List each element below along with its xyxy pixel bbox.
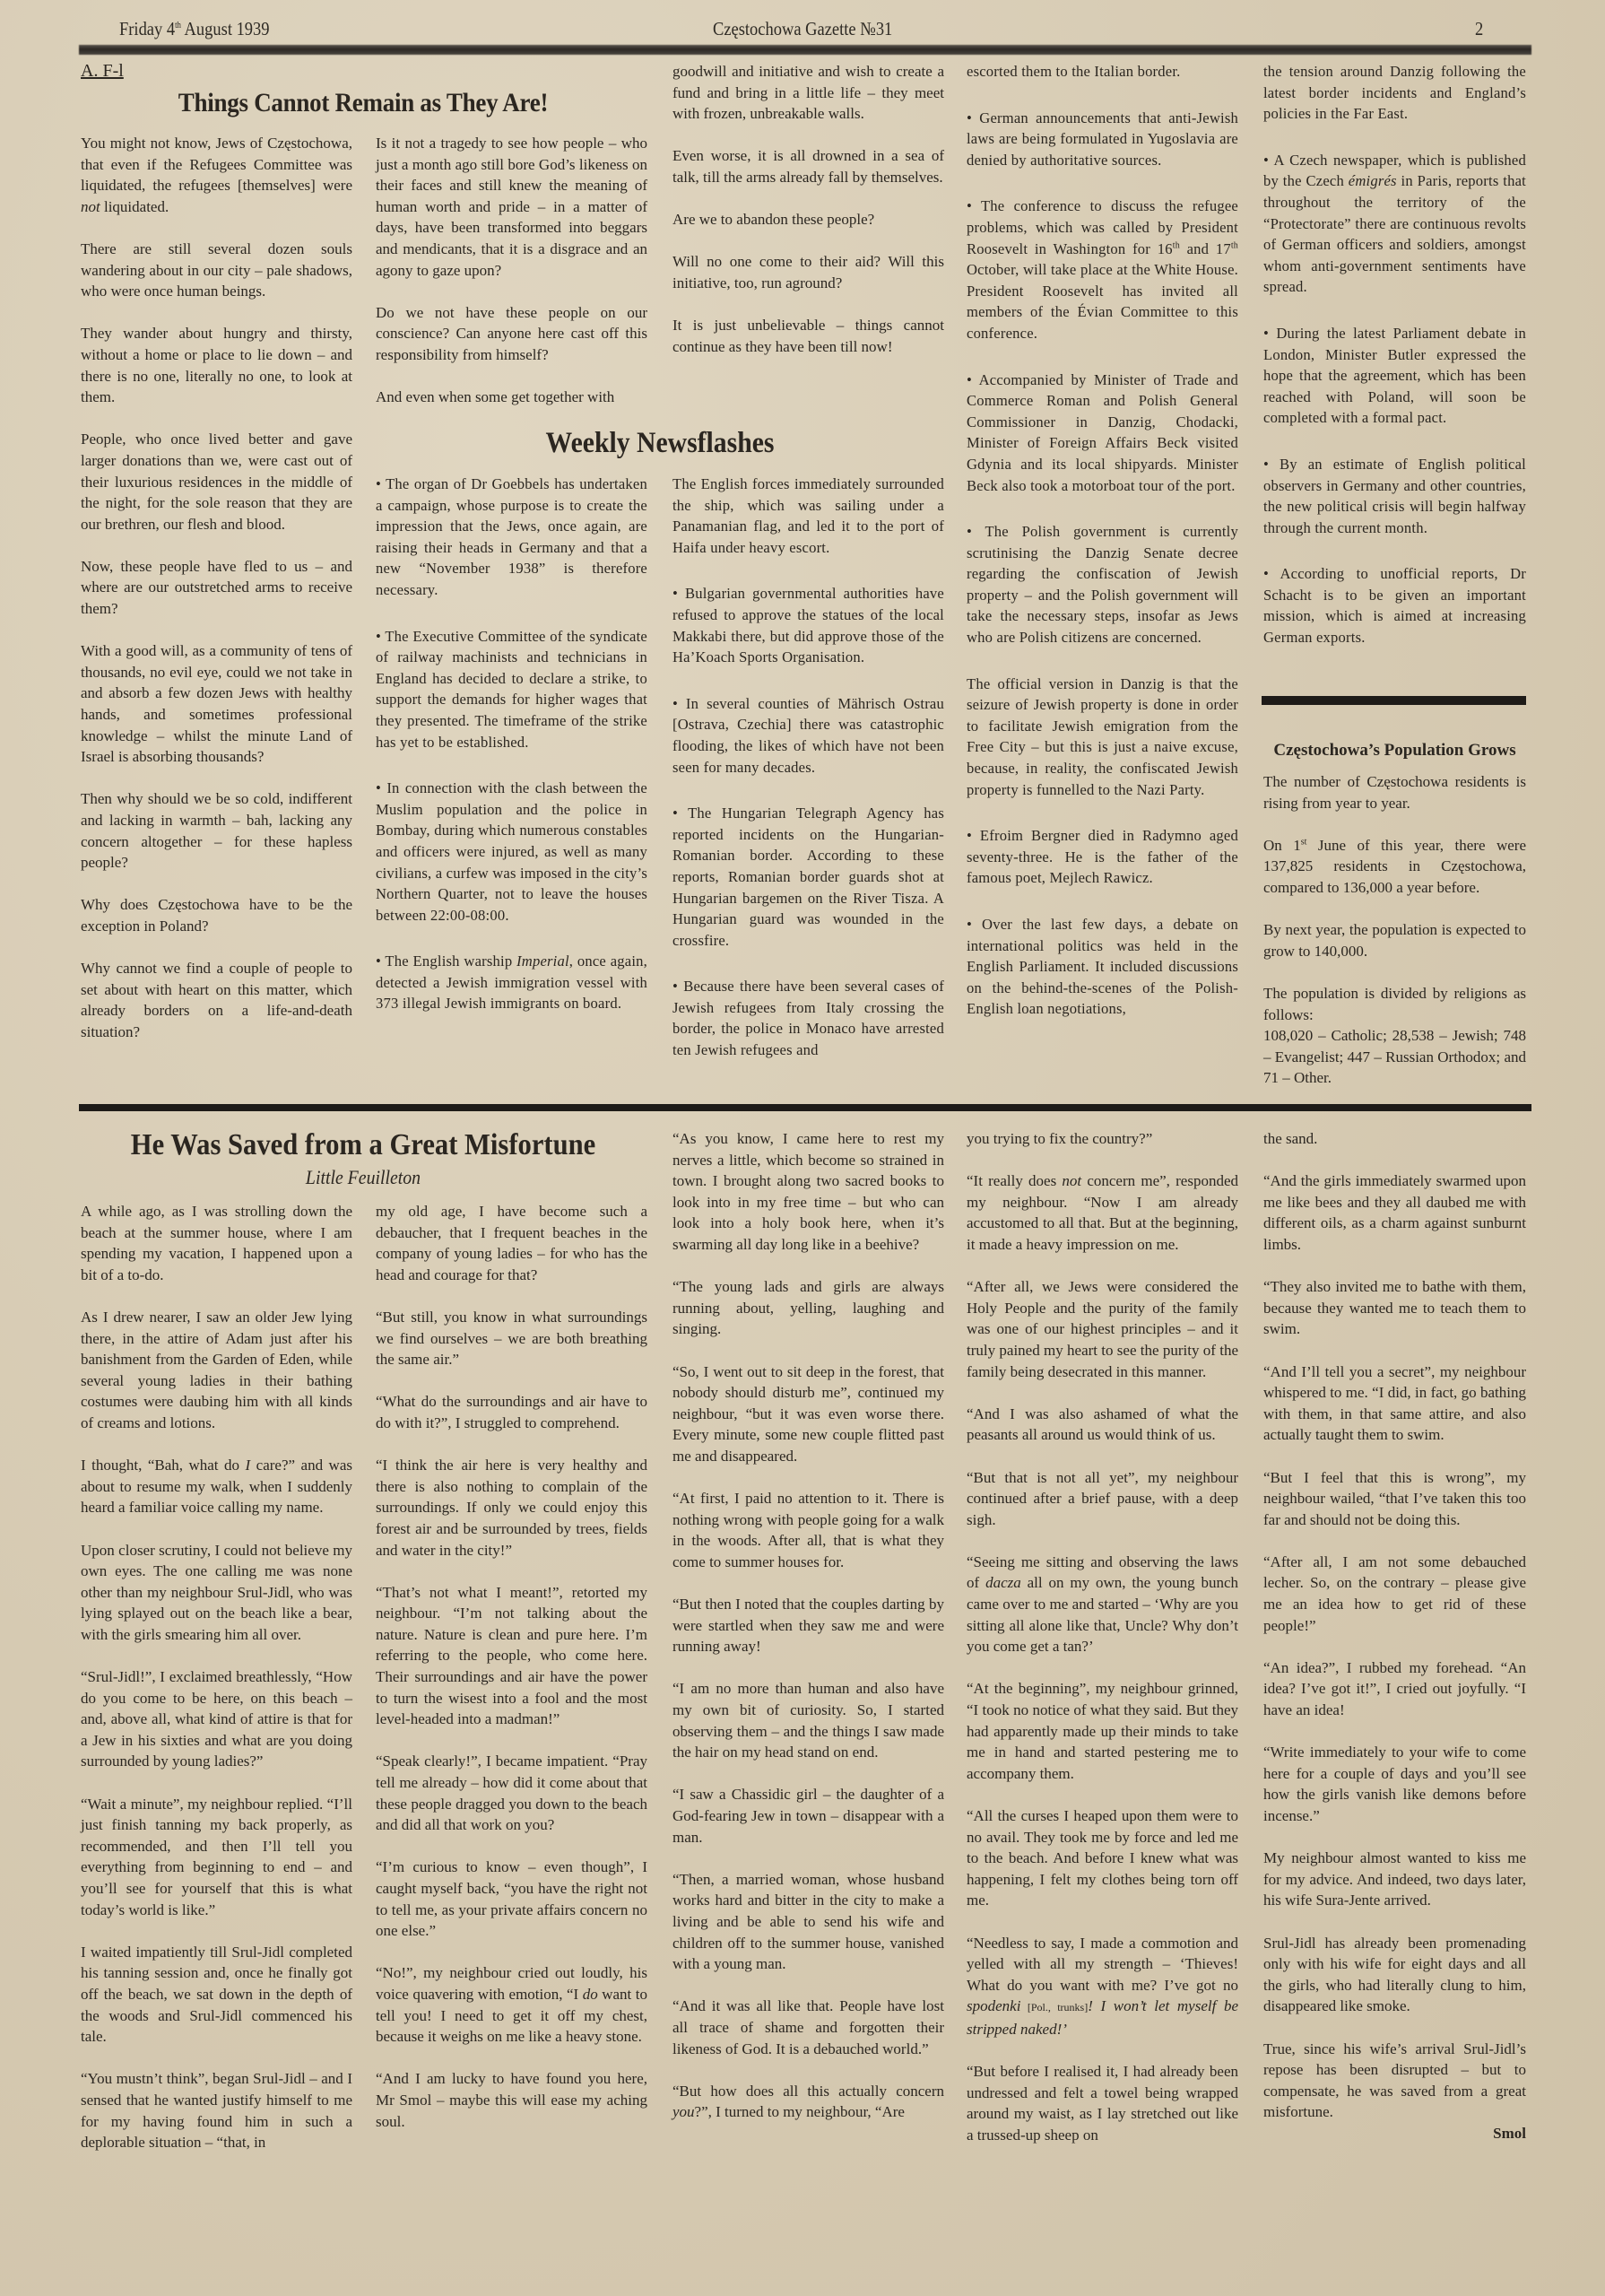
paragraph: On 1st June of this year, there were 137… [1263, 835, 1526, 899]
newspaper-title: Częstochowa Gazette №31 [713, 18, 892, 40]
paragraph: • German announcements that anti-Jewish … [967, 108, 1238, 171]
paragraph: “Then, a married woman, whose husband wo… [672, 1869, 944, 1975]
paragraph: • A Czech newspaper, which is published … [1263, 150, 1526, 298]
paragraph: Is it not a tragedy to see how people – … [376, 133, 647, 281]
paragraph: “After all, I am not some debauched lech… [1263, 1552, 1526, 1636]
paragraph: “No!”, my neighbour cried out loudly, hi… [376, 1962, 647, 2047]
paragraph: By next year, the population is expected… [1263, 919, 1526, 961]
paragraph: • The organ of Dr Goebbels has undertake… [376, 474, 647, 601]
paragraph: Why cannot we find a couple of people to… [81, 958, 352, 1042]
paragraph: And even when some get together with [376, 387, 647, 408]
paragraph: Then why should we be so cold, indiffere… [81, 788, 352, 873]
paragraph: “The young lads and girls are always run… [672, 1276, 944, 1340]
feuilleton-subtitle: Little Feuilleton [109, 1166, 618, 1189]
paragraph: I waited impatiently till Srul-Jidl comp… [81, 1942, 352, 2048]
paragraph: “Needless to say, I made a commotion and… [967, 1933, 1238, 2040]
paragraph: • Because there have been several cases … [672, 976, 944, 1060]
paragraph: “But how does all this actually concern … [672, 2081, 944, 2123]
paragraph: “But that is not all yet”, my neighbour … [967, 1467, 1238, 1531]
feuilleton-column-3: “As you know, I came here to rest my ner… [672, 1128, 944, 2123]
paragraph: “What do the surroundings and air have t… [376, 1391, 647, 1433]
paragraph: They wander about hungry and thirsty, wi… [81, 323, 352, 407]
paragraph: the tension around Danzig following the … [1263, 61, 1526, 125]
paragraph: Are we to abandon these people? [672, 209, 944, 230]
paragraph: “But before I realised it, I had already… [967, 2061, 1238, 2145]
paragraph: “All the curses I heaped upon them were … [967, 1805, 1238, 1911]
paragraph: “And it was all like that. People have l… [672, 1996, 944, 2059]
paragraph: “But still, you know in what surrounding… [376, 1307, 647, 1370]
paragraph: Do we not have these people on our consc… [376, 302, 647, 366]
paragraph: “Seeing me sitting and observing the law… [967, 1552, 1238, 1657]
paragraph: • According to unofficial reports, Dr Sc… [1263, 563, 1526, 648]
paragraph: The English forces immediately surrounde… [672, 474, 944, 558]
paragraph: “And I was also ashamed of what the peas… [967, 1404, 1238, 1446]
paragraph: “I’m curious to know – even though”, I c… [376, 1857, 647, 1941]
paragraph: “They also invited me to bathe with them… [1263, 1276, 1526, 1340]
paragraph: The population is divided by religions a… [1263, 983, 1526, 1089]
paragraph: escorted them to the Italian border. [967, 61, 1238, 83]
population-text: The number of Częstochowa residents is r… [1263, 771, 1526, 1089]
paragraph: • Efroim Bergner died in Radymno aged se… [967, 825, 1238, 889]
paragraph: “At the beginning”, my neighbour grinned… [967, 1678, 1238, 1784]
feuilleton-column-4: you trying to fix the country?”“It reall… [967, 1128, 1238, 2146]
newsflash-column-2: • The organ of Dr Goebbels has undertake… [376, 474, 647, 1014]
article-column-1: You might not know, Jews of Częstochowa,… [81, 133, 352, 1043]
paragraph: “Speak clearly!”, I became impatient. “P… [376, 1751, 647, 1835]
paragraph: The number of Częstochowa residents is r… [1263, 771, 1526, 813]
paragraph: “But then I noted that the couples darti… [672, 1594, 944, 1657]
paragraph: • During the latest Parliament debate in… [1263, 323, 1526, 429]
paragraph: “An idea?”, I rubbed my forehead. “An id… [1263, 1657, 1526, 1721]
paragraph: “At first, I paid no attention to it. Th… [672, 1488, 944, 1572]
page-number: 2 [1475, 18, 1483, 40]
paragraph: • Accompanied by Minister of Trade and C… [967, 370, 1238, 497]
paragraph: “I saw a Chassidic girl – the daughter o… [672, 1784, 944, 1848]
feuilleton-column-2: my old age, I have become such a debauch… [376, 1201, 647, 2132]
section-divider [1262, 696, 1526, 705]
paragraph: Why does Częstochowa have to be the exce… [81, 894, 352, 936]
paragraph: • By an estimate of English political ob… [1263, 454, 1526, 538]
issue-date: Friday 4th August 1939 [119, 18, 270, 40]
paragraph: “As you know, I came here to rest my ner… [672, 1128, 944, 1256]
paragraph: The official version in Danzig is that t… [967, 674, 1238, 801]
paragraph: “It really does not concern me”, respond… [967, 1170, 1238, 1255]
newsflashes-title: Weekly Newsflashes [404, 427, 916, 460]
paragraph: “I think the air here is very healthy an… [376, 1455, 647, 1561]
paragraph: Even worse, it is all drowned in a sea o… [672, 145, 944, 187]
paragraph: Now, these people have fled to us – and … [81, 556, 352, 620]
paragraph: • Over the last few days, a debate on in… [967, 914, 1238, 1020]
paragraph: goodwill and initiative and wish to crea… [672, 61, 944, 125]
paragraph: • The conference to discuss the refugee … [967, 196, 1238, 344]
population-title: Częstochowa’s Population Grows [1263, 741, 1526, 761]
paragraph: Will no one come to their aid? Will this… [672, 251, 944, 293]
paragraph: “But I feel that this is wrong”, my neig… [1263, 1467, 1526, 1531]
paragraph: “And the girls immediately swarmed upon … [1263, 1170, 1526, 1255]
paragraph: the sand. [1263, 1128, 1526, 1150]
paragraph: • The Executive Committee of the syndica… [376, 626, 647, 753]
article-byline: A. F-l [81, 61, 124, 82]
author-signature: Smol [1263, 2123, 1526, 2144]
feuilleton-column-1: A while ago, as I was strolling down the… [81, 1201, 352, 2153]
paragraph: Upon closer scrutiny, I could not believ… [81, 1540, 352, 1646]
article-column-3: goodwill and initiative and wish to crea… [672, 61, 944, 357]
section-divider-main [79, 1104, 1531, 1111]
paragraph: People, who once lived better and gave l… [81, 429, 352, 535]
paragraph: “That’s not what I meant!”, retorted my … [376, 1582, 647, 1730]
article-title: Things Cannot Remain as They Are! [109, 88, 618, 118]
paragraph: Srul-Jidl has already been promenading o… [1263, 1933, 1526, 2017]
article-column-2: Is it not a tragedy to see how people – … [376, 133, 647, 408]
paragraph: “I am no more than human and also have m… [672, 1678, 944, 1762]
newsflash-column-3: The English forces immediately surrounde… [672, 474, 944, 1061]
paragraph: With a good will, as a community of tens… [81, 640, 352, 768]
paragraph: “So, I went out to sit deep in the fores… [672, 1361, 944, 1467]
paragraph: My neighbour almost wanted to kiss me fo… [1263, 1848, 1526, 1911]
paragraph: “Srul-Jidl!”, I exclaimed breathlessly, … [81, 1666, 352, 1772]
paragraph: It is just unbelievable – things cannot … [672, 315, 944, 357]
paragraph: • In connection with the clash between t… [376, 778, 647, 926]
masthead-rule [79, 45, 1531, 55]
paragraph: • The English warship Imperial, once aga… [376, 951, 647, 1014]
paragraph: • The Polish government is currently scr… [967, 521, 1238, 648]
paragraph: “And I’ll tell you a secret”, my neighbo… [1263, 1361, 1526, 1446]
paragraph: “After all, we Jews were considered the … [967, 1276, 1238, 1382]
paragraph: You might not know, Jews of Częstochowa,… [81, 133, 352, 217]
paragraph: you trying to fix the country?” [967, 1128, 1238, 1150]
paragraph: my old age, I have become such a debauch… [376, 1201, 647, 1285]
paragraph: • In several counties of Mährisch Ostrau… [672, 693, 944, 778]
paragraph: “You mustn’t think”, began Srul-Jidl – a… [81, 2068, 352, 2152]
paragraph: There are still several dozen souls wand… [81, 239, 352, 302]
feuilleton-title: He Was Saved from a Great Misfortune [109, 1128, 618, 1162]
paragraph: As I drew nearer, I saw an older Jew lyi… [81, 1307, 352, 1434]
paragraph: A while ago, as I was strolling down the… [81, 1201, 352, 1285]
paragraph: • Bulgarian governmental authorities hav… [672, 583, 944, 667]
feuilleton-column-5: the sand.“And the girls immediately swar… [1263, 1128, 1526, 2144]
paragraph: “Write immediately to your wife to come … [1263, 1742, 1526, 1826]
feuilleton-column-5-text: the sand.“And the girls immediately swar… [1263, 1128, 1526, 2123]
newsflash-column-5: the tension around Danzig following the … [1263, 61, 1526, 648]
paragraph: True, since his wife’s arrival Srul-Jidl… [1263, 2039, 1526, 2123]
paragraph: “And I am lucky to have found you here, … [376, 2068, 647, 2132]
article-column-3-text: goodwill and initiative and wish to crea… [672, 61, 944, 357]
paragraph: • The Hungarian Telegraph Agency has rep… [672, 803, 944, 951]
paragraph: “Wait a minute”, my neighbour replied. “… [81, 1794, 352, 1921]
paragraph: I thought, “Bah, what do I care?” and wa… [81, 1455, 352, 1518]
newsflash-column-4: escorted them to the Italian border.• Ge… [967, 61, 1238, 1020]
